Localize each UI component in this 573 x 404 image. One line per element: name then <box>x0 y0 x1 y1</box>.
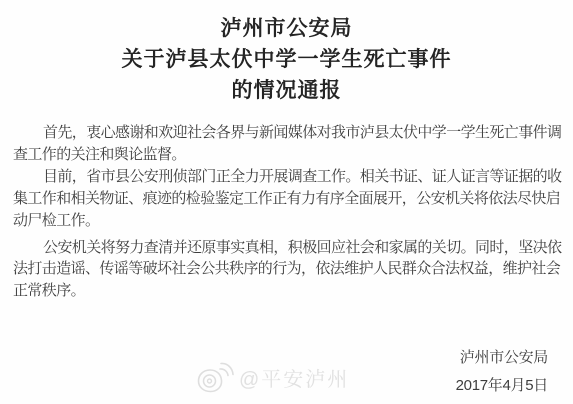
notice-body: 首先，衷心感谢和欢迎社会各界与新闻媒体对我市泸县太伏中学一学生死亡事件调 查工作… <box>0 122 560 302</box>
title-line-issuer: 泸州市公安局 <box>0 13 573 44</box>
notice-title: 泸州市公安局 关于泸县太伏中学一学生死亡事件 的情况通报 <box>0 0 573 106</box>
weibo-logo-icon <box>196 360 239 396</box>
paragraph-investigation: 目前，省市县公安刑侦部门正全力开展调查工作。相关书证、证人证言等证据的收 集工作… <box>13 166 560 231</box>
body-line: 首先，衷心感谢和欢迎社会各界与新闻媒体对我市泸县太伏中学一学生死亡事件调 <box>13 122 560 144</box>
body-line: 集工作和相关物证、痕迹的检验鉴定工作正有力有序全面展开，公安机关将依法尽快启 <box>13 188 560 210</box>
body-line: 目前，省市县公安刑侦部门正全力开展调查工作。相关书证、证人证言等证据的收 <box>13 166 560 188</box>
body-line: 公安机关将努力查清并还原事实真相，积极回应社会和家属的关切。同时，坚决依 <box>13 237 560 259</box>
signature-date: 2017年4月5日 <box>456 372 548 400</box>
body-line: 动尸检工作。 <box>13 210 560 232</box>
body-line: 正常秩序。 <box>13 280 560 302</box>
paragraph-thanks: 首先，衷心感谢和欢迎社会各界与新闻媒体对我市泸县太伏中学一学生死亡事件调 查工作… <box>13 122 560 165</box>
signature-issuer: 泸州市公安局 <box>456 344 548 372</box>
title-line-subject: 关于泸县太伏中学一学生死亡事件 <box>0 44 573 75</box>
police-notice-document: 泸州市公安局 关于泸县太伏中学一学生死亡事件 的情况通报 首先，衷心感谢和欢迎社… <box>0 0 573 404</box>
watermark-handle: @平安泸州 <box>239 360 349 397</box>
body-line: 法打击造谣、传谣等破坏社会公共秩序的行为，依法维护人民群众合法权益，维护社会 <box>13 258 560 280</box>
body-line: 查工作的关注和舆论监督。 <box>13 144 560 166</box>
weibo-watermark: @平安泸州 <box>196 360 349 397</box>
title-line-type: 的情况通报 <box>0 75 573 106</box>
signature-block: 泸州市公安局 2017年4月5日 <box>456 344 548 400</box>
paragraph-commitment: 公安机关将努力查清并还原事实真相，积极回应社会和家属的关切。同时，坚决依 法打击… <box>13 237 560 302</box>
